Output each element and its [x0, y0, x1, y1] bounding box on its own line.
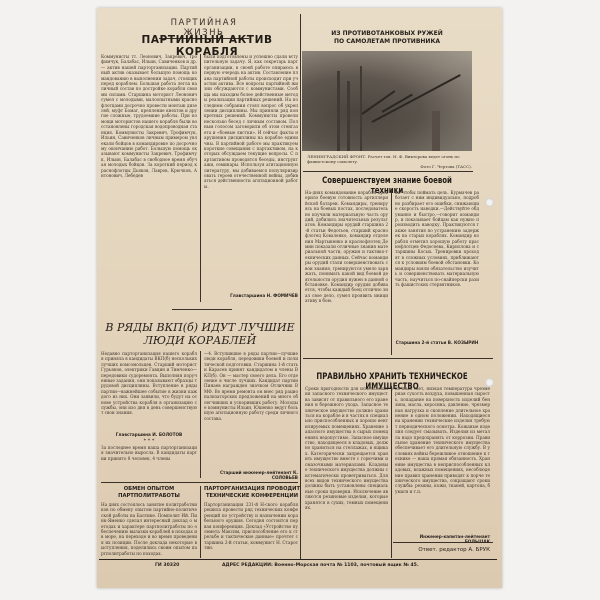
photo-credit: Фото Г. Чертова (ТАСС). — [307, 164, 472, 169]
article-title-exchange-line2: ПАРТПОЛИТРАБОТЫ — [101, 493, 197, 500]
punch-hole — [485, 378, 494, 387]
article-title-exchange-line1: ОБМЕН ОПЫТОМ — [101, 486, 197, 493]
separator-stars: * * * — [101, 438, 197, 444]
article-title-ranks-line2: ЛЮДИ КОРАБЛЕЙ — [105, 334, 295, 347]
signature-ranks-2: Старший инженер-лейтенант К. СОЛОВЬЕВ — [204, 470, 298, 480]
signature-combat-tech: Старшина 2-й статьи В. КОЗЫРИН — [395, 340, 479, 345]
photo-caption: ЛЕНИНГРАДСКИЙ ФРОНТ. Расчет тов. Н. Ф. В… — [307, 154, 472, 164]
article-body-property-col1: Сроки пригодности для использования запа… — [305, 386, 388, 558]
article-divider — [303, 171, 473, 172]
article-title-conference-line2: ТЕХНИЧЕСКИЕ КОНФЕРЕНЦИИ — [204, 493, 300, 500]
article-body-property-col2: ночный свет, низкая температура чрезмерн… — [395, 386, 490, 531]
footer-code: ГИ 30320 — [155, 563, 179, 568]
punch-hole — [485, 198, 494, 207]
signature-ranks-1: Главстаршина И. БОЛОТОВ — [101, 432, 197, 437]
article-title-conference-line1: ПАРТОРГАНИЗАЦИЯ ПРОВОДИТ — [204, 486, 300, 493]
column-divider — [200, 351, 201, 478]
photo-title-line1: ИЗ ПРОТИВОТАНКОВЫХ РУЖЕЙ — [302, 30, 472, 38]
article-body-combat-tech-col1: На-днях командование корабля проверило б… — [305, 190, 388, 352]
photo-title-line2: ПО САМОЛЕТАМ ПРОТИВНИКА — [302, 38, 472, 46]
footer-rule — [99, 559, 497, 560]
article-divider — [303, 358, 493, 359]
newspaper-page: ПАРТИЙНАЯ ЖИЗНЬ ПАРТИЙНЫЙ АКТИВ КОРАБЛЯ … — [97, 8, 502, 588]
article-body-exchange: На днях состоялось занятие политработник… — [101, 502, 197, 558]
article-divider — [101, 482, 298, 483]
article-title-ranks-line1: В РЯДЫ ВКП(б) ИДУТ ЛУЧШИЕ — [105, 321, 295, 334]
article-body-conference: Парторганизация 231-й Н-ского корабля ре… — [204, 502, 298, 558]
column-divider — [200, 54, 201, 302]
article-body-ranks-col2: —4. Вступившие в ряды партии—лучшие люди… — [204, 351, 298, 469]
article-body-ranks-col1: Недавно парторганизация нашего корабля п… — [101, 351, 197, 431]
article-divider — [393, 542, 493, 543]
photo-antitank-rifles — [302, 51, 472, 151]
footer-address: АДРЕС РЕДАКЦИИ: Военно-Морская почта № 1… — [222, 563, 419, 568]
column-divider — [200, 486, 201, 558]
article-body-ranks-col1b: За последнее время наша парторганизация … — [101, 445, 197, 477]
signature-party-aktiv: Главстаршина Н. ФОМИЧЕВ — [204, 293, 298, 298]
column-divider — [391, 386, 392, 558]
column-divider — [391, 190, 392, 355]
article-divider — [172, 309, 232, 310]
article-body-party-aktiv-col2: были подготовлены и успешно сдали вступи… — [204, 54, 298, 279]
column-divider-main — [300, 14, 301, 559]
article-body-party-aktiv-col1: Коммунисты тт. Леонович, Закревич, Трофи… — [101, 54, 197, 304]
article-body-combat-tech-col2: ки чтобы поймать цель. Курмачев работает… — [395, 190, 479, 338]
editor-credit: Ответ. редактор А. БРУК — [395, 547, 490, 553]
